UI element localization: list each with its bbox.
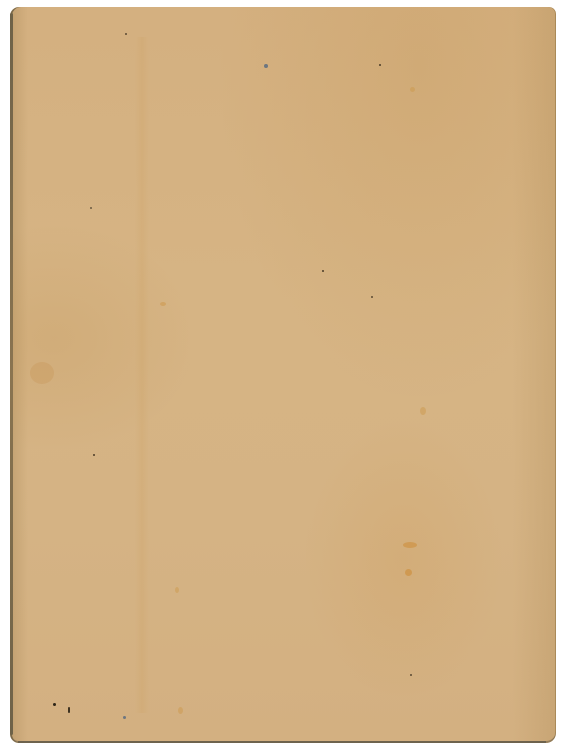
paper-speck bbox=[322, 270, 324, 272]
paper-speck bbox=[410, 674, 412, 676]
paper-stain bbox=[410, 87, 415, 92]
paper-left-edge bbox=[10, 13, 13, 735]
paper-stain bbox=[175, 587, 179, 593]
paper-stain bbox=[403, 542, 417, 548]
paper-discoloration-band bbox=[135, 37, 149, 713]
paper-speck bbox=[68, 707, 70, 713]
paper-stain bbox=[30, 362, 54, 384]
paper-stain bbox=[420, 407, 426, 415]
paper-sheet bbox=[10, 7, 556, 743]
paper-speck bbox=[379, 64, 381, 66]
paper-speck bbox=[53, 703, 56, 706]
paper-speck bbox=[371, 296, 373, 298]
paper-stain bbox=[160, 302, 166, 306]
paper-speck bbox=[123, 716, 126, 719]
paper-stain bbox=[405, 569, 412, 576]
paper-stain bbox=[178, 707, 183, 714]
paper-speck bbox=[264, 64, 268, 68]
paper-speck bbox=[125, 33, 127, 35]
paper-bottom-edge bbox=[18, 741, 546, 743]
paper-speck bbox=[93, 454, 95, 456]
paper-speck bbox=[90, 207, 92, 209]
